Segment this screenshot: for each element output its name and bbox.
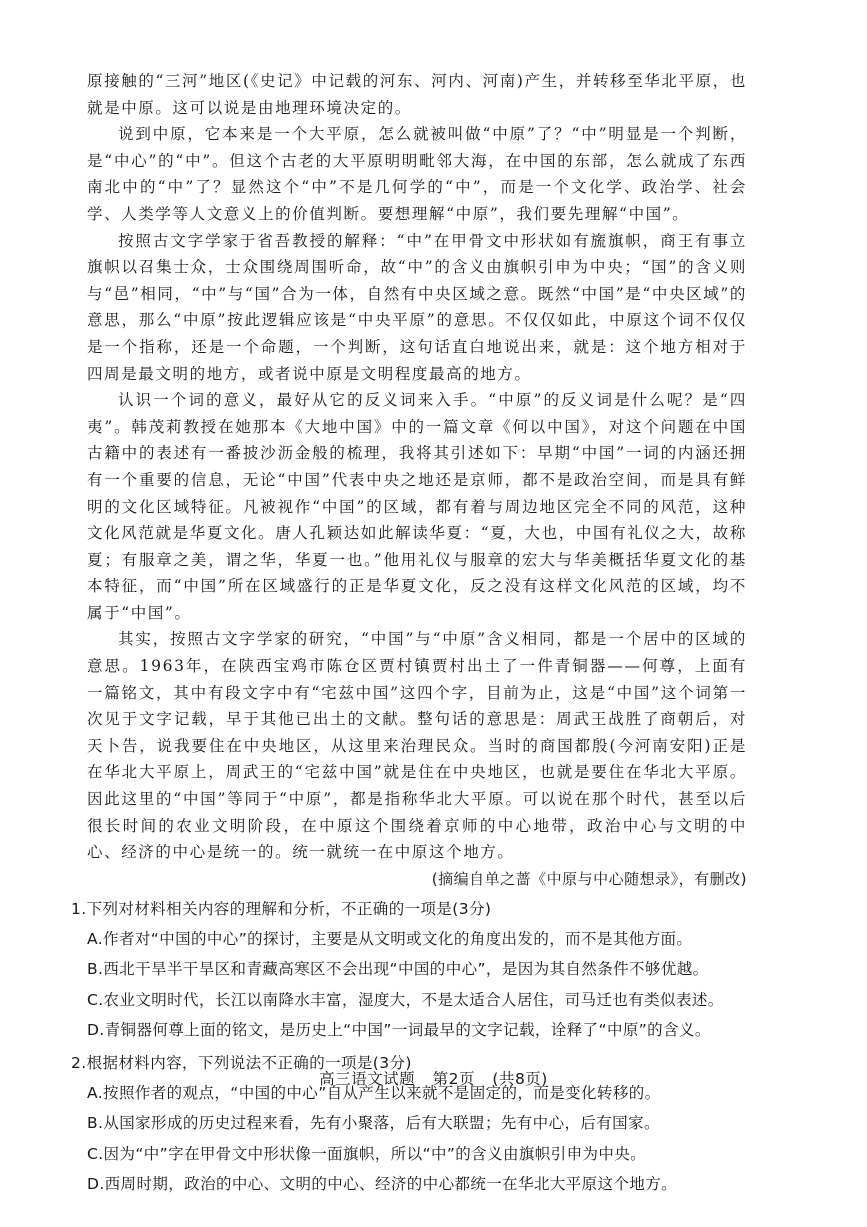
page-footer: 高三语文试题 第2页 (共8页) <box>0 1067 867 1089</box>
question-1-option-a: A.作者对“中国的中心”的探讨，主要是从文明或文化的角度出发的，而不是其他方面。 <box>87 924 747 955</box>
reading-passage: 原接触的“三河”地区(《史记》中记载的河东、河内、河南)产生，并转移至华北平原，… <box>87 68 747 866</box>
exam-page: 原接触的“三河”地区(《史记》中记载的河东、河内、河南)产生，并转移至华北平原，… <box>87 68 747 1200</box>
passage-source-citation: (摘编自单之蔷《中原与中心随想录》，有删改) <box>87 866 747 892</box>
passage-paragraph-3: 按照古文字学家于省吾教授的解释：“中”在甲骨文中形状如有旒旗帜，商王有事立旗帜以… <box>87 228 747 388</box>
question-1-stem: 1.下列对材料相关内容的理解和分析，不正确的一项是(3分) <box>71 894 747 924</box>
passage-paragraph-5: 其实，按照古文字学家的研究，“中国”与“中原”含义相同，都是一个居中的区域的意思… <box>87 626 747 865</box>
questions-section: 1.下列对材料相关内容的理解和分析，不正确的一项是(3分) A.作者对“中国的中… <box>87 894 747 1200</box>
passage-paragraph-2: 说到中原，它本来是一个大平原，怎么就被叫做“中原”了？“中”明显是一个判断，是“… <box>87 121 747 227</box>
question-2-option-c: C.因为“中”字在甲骨文中形状像一面旗帜，所以“中”的含义由旗帜引申为中央。 <box>87 1139 747 1170</box>
question-1-option-b: B.西北干旱半干旱区和青藏高寒区不会出现“中国的中心”，是因为其自然条件不够优越… <box>87 954 747 985</box>
passage-paragraph-1: 原接触的“三河”地区(《史记》中记载的河东、河内、河南)产生，并转移至华北平原，… <box>87 68 747 121</box>
question-2-option-b: B.从国家形成的历史过程来看，先有小聚落，后有大联盟；先有中心，后有国家。 <box>87 1108 747 1139</box>
footer-total-pages: (共8页) <box>492 1070 547 1088</box>
question-1-option-d: D.青铜器何尊上面的铭文，是历史上“中国”一词最早的文字记载，诠释了“中原”的含… <box>87 1015 747 1046</box>
question-1-option-c: C.农业文明时代，长江以南降水丰富，湿度大，不是太适合人居住，司马迁也有类似表述… <box>87 985 747 1016</box>
footer-page-number: 第2页 <box>433 1070 475 1088</box>
passage-paragraph-4: 认识一个词的意义，最好从它的反义词来入手。“中原”的反义词是什么呢？是“四夷”。… <box>87 387 747 626</box>
question-2-option-d: D.西周时期，政治的中心、文明的中心、经济的中心都统一在华北大平原这个地方。 <box>87 1169 747 1200</box>
question-1: 1.下列对材料相关内容的理解和分析，不正确的一项是(3分) A.作者对“中国的中… <box>87 894 747 1046</box>
footer-exam-title: 高三语文试题 <box>319 1070 415 1088</box>
